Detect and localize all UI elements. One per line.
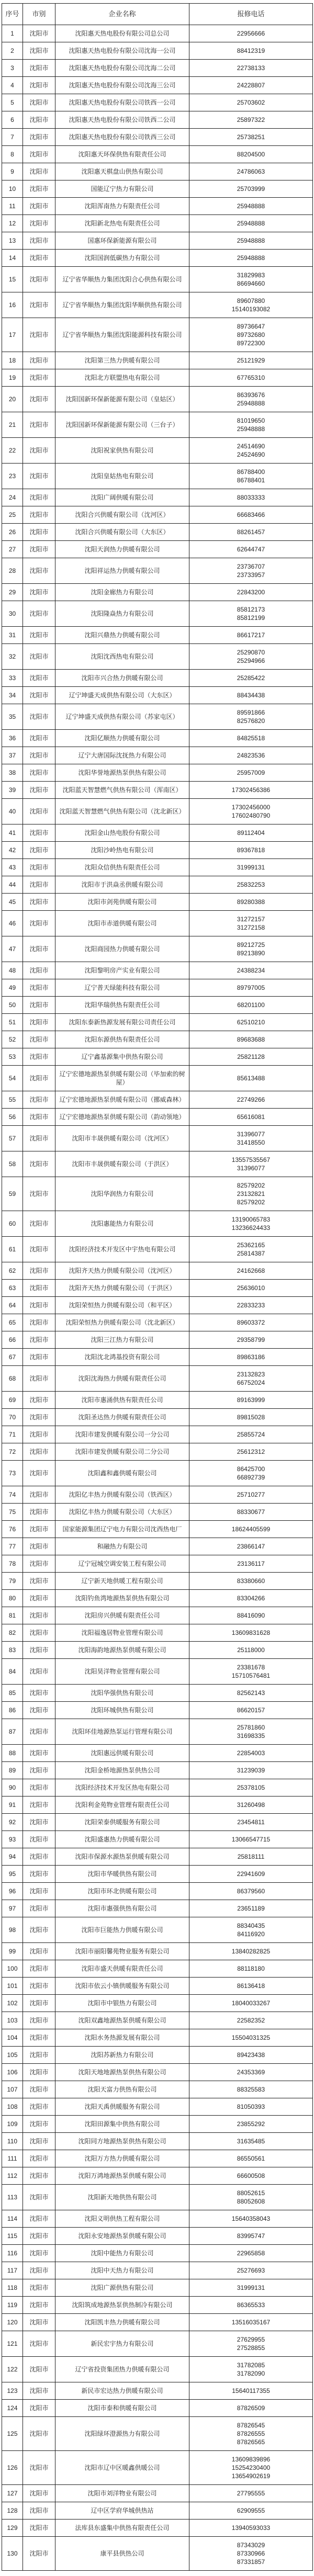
phone-number: 88340435 bbox=[192, 1922, 310, 1930]
company-name-cell: 沈阳新天地供热有限公司 bbox=[55, 2185, 189, 2210]
table-row: 21沈阳市沈阳国新环保新能源有限公司（三台子）8101965025948888 bbox=[2, 412, 313, 438]
phone-number: 25636010 bbox=[192, 1284, 310, 1292]
table-row: 126沈阳市沈阳市辽中区暖鑫供暖公司1360983989615254230400… bbox=[2, 2451, 313, 2485]
company-name-cell: 沈阳环佳地源热泵运行管理有限公司 bbox=[55, 1719, 189, 1745]
company-name-cell: 沈阳市赤道供暖有限公司 bbox=[55, 911, 189, 936]
phone-number: 88416090 bbox=[192, 1611, 310, 1620]
city-cell: 沈阳市 bbox=[23, 77, 55, 94]
table-row: 92沈阳市沈阳荣泰供暖服务有限公司23454811 bbox=[2, 1814, 313, 1831]
table-row: 52沈阳市沈阳东源供热有限责任公司89683688 bbox=[2, 1031, 313, 1048]
company-name-cell: 沈阳亿顺热力供暖有限公司 bbox=[55, 730, 189, 747]
table-row: 41沈阳市沈阳金山热电股份有限公司89112404 bbox=[2, 824, 313, 842]
city-cell: 沈阳市 bbox=[23, 687, 55, 704]
phone-cell: 25948888 bbox=[189, 250, 313, 267]
company-name-cell: 沈阳福逸居物业管理有限公司 bbox=[55, 1624, 189, 1642]
company-name-cell: 沈阳经济技术开发区热电有限公司 bbox=[55, 1779, 189, 1797]
table-row: 82沈阳市沈阳福逸居物业管理有限公司13609831628 bbox=[2, 1624, 313, 1642]
city-cell: 沈阳市 bbox=[23, 1797, 55, 1814]
table-row: 116沈阳市沈阳中能热力有限公司22965858 bbox=[2, 2245, 313, 2262]
row-number-cell: 8 bbox=[2, 146, 23, 163]
company-name-cell: 沈阳中能热力有限公司 bbox=[55, 2245, 189, 2262]
city-cell: 沈阳市 bbox=[23, 180, 55, 198]
company-name-cell: 沈阳华誉地源热泵供热有限公司 bbox=[55, 764, 189, 782]
table-row: 33沈阳市沈阳市兴合热力供暖有限公司25285422 bbox=[2, 670, 313, 687]
table-row: 11沈阳市沈阳浑南热力有限责任公司25948888 bbox=[2, 198, 313, 215]
row-number-cell: 10 bbox=[2, 180, 23, 198]
phone-number: 23132823 bbox=[192, 1370, 310, 1379]
table-row: 61沈阳市沈阳经济技术开发区中宇热电有限公司2536216525814387 bbox=[2, 1237, 313, 1262]
table-row: 13沈阳市国惠环保新能源有限公司25948888 bbox=[2, 232, 313, 250]
phone-cell: 22956666 bbox=[189, 25, 313, 42]
city-cell: 沈阳市 bbox=[23, 2537, 55, 2571]
city-cell: 沈阳市 bbox=[23, 1848, 55, 1866]
city-cell: 沈阳市 bbox=[23, 42, 55, 60]
phone-number: 25818111 bbox=[192, 1852, 310, 1861]
city-cell: 沈阳市 bbox=[23, 163, 55, 180]
company-name-cell: 沈阳房兴供暖有限责任公司 bbox=[55, 1607, 189, 1624]
company-name-cell: 辽宁坤盛天成供热有限公司（大东区） bbox=[55, 687, 189, 704]
row-number-cell: 29 bbox=[2, 584, 23, 601]
row-number-cell: 38 bbox=[2, 764, 23, 782]
table-row: 4沈阳市沈阳惠天热电股份有限公司沈海三公司24228807 bbox=[2, 77, 313, 94]
table-row: 50沈阳市沈阳华瑞供热有限责任公司68201100 bbox=[2, 997, 313, 1014]
phone-number: 31782090 bbox=[192, 2369, 310, 2378]
phone-number: 88052608 bbox=[192, 2197, 310, 2206]
phone-number: 25118000 bbox=[192, 1646, 310, 1654]
phone-cell: 1355753556731396077 bbox=[189, 1151, 313, 1177]
phone-cell: 825792022313282182579202 bbox=[189, 1177, 313, 1211]
row-number-cell: 39 bbox=[2, 782, 23, 799]
table-row: 102沈阳市沈阳市中银热力有限公司18040033267 bbox=[2, 1995, 313, 2012]
phone-number: 25378105 bbox=[192, 1783, 310, 1792]
table-row: 127沈阳市沈阳市刘洋物业有限公司27795555 bbox=[2, 2485, 313, 2502]
table-row: 59沈阳市沈阳华润热力有限公司825792022313282182579202 bbox=[2, 1177, 313, 1211]
phone-number: 22843200 bbox=[192, 588, 310, 596]
company-name-cell: 沈阳市丰晟供暖有限公司（沈河区） bbox=[55, 1126, 189, 1151]
row-number-cell: 16 bbox=[2, 292, 23, 318]
city-cell: 沈阳市 bbox=[23, 2485, 55, 2502]
city-cell: 沈阳市 bbox=[23, 2417, 55, 2451]
city-cell: 沈阳市 bbox=[23, 1779, 55, 1797]
city-cell: 沈阳市 bbox=[23, 2012, 55, 2029]
row-number-cell: 97 bbox=[2, 1900, 23, 1917]
table-row: 97沈阳市沈阳市惠强供热有限公司23651189 bbox=[2, 1900, 313, 1917]
row-number-cell: 89 bbox=[2, 1762, 23, 1779]
phone-cell: 24786063 bbox=[189, 163, 313, 180]
table-row: 56沈阳市辽宁宏德地源热泵供暖有限公司（韵动领地）65616081 bbox=[2, 1109, 313, 1126]
phone-number: 62644747 bbox=[192, 545, 310, 553]
company-name-cell: 沈阳黎明房产实业有限公司 bbox=[55, 962, 189, 979]
city-cell: 沈阳市 bbox=[23, 1031, 55, 1048]
city-cell: 沈阳市 bbox=[23, 1297, 55, 1314]
row-number-cell: 71 bbox=[2, 1426, 23, 1443]
phone-cell: 27795555 bbox=[189, 2485, 313, 2502]
table-row: 80沈阳市沈阳钓鱼湾地源热泵供热有限公司83304266 bbox=[2, 1590, 313, 1607]
phone-cell: 62644747 bbox=[189, 541, 313, 558]
phone-number: 18624405599 bbox=[192, 1525, 310, 1533]
phone-number: 85812173 bbox=[192, 605, 310, 614]
phone-number: 13557535567 bbox=[192, 1156, 310, 1164]
table-row: 10沈阳市国能辽宁热力有限公司25703999 bbox=[2, 180, 313, 198]
phone-cell: 22965858 bbox=[189, 2245, 313, 2262]
table-row: 65沈阳市沈阳荣恒热力供暖有限公司（沈北新区）89603372 bbox=[2, 1314, 313, 1331]
table-row: 17沈阳市辽宁省华顺热力集团沈阳能源科技有限公司8973664789732680… bbox=[2, 318, 313, 352]
phone-cell: 89367818 bbox=[189, 842, 313, 859]
city-cell: 沈阳市 bbox=[23, 2331, 55, 2357]
company-name-cell: 沈阳天润热力供暖有限公司 bbox=[55, 541, 189, 558]
table-row: 128沈阳市辽中区学府华城供热站62909555 bbox=[2, 2502, 313, 2519]
phone-cell: 22854003 bbox=[189, 1745, 313, 1762]
phone-number: 89732680 bbox=[192, 331, 310, 339]
company-name-cell: 沈阳市丰晟供暖有限公司（于洪区） bbox=[55, 1151, 189, 1177]
city-cell: 沈阳市 bbox=[23, 1066, 55, 1091]
phone-cell: 89280388 bbox=[189, 894, 313, 911]
table-row: 27沈阳市沈阳天润热力供暖有限公司62644747 bbox=[2, 541, 313, 558]
city-cell: 沈阳市 bbox=[23, 1995, 55, 2012]
row-number-cell: 37 bbox=[2, 747, 23, 764]
phone-number: 89212725 bbox=[192, 941, 310, 949]
phone-cell: 3127215731272158 bbox=[189, 911, 313, 936]
company-name-cell: 沈阳第三热力供暖有限公司 bbox=[55, 352, 189, 369]
table-row: 48沈阳市沈阳黎明房产实业有限公司24388234 bbox=[2, 962, 313, 979]
row-number-cell: 100 bbox=[2, 1960, 23, 1978]
phone-number: 87826545 bbox=[192, 2421, 310, 2430]
company-name-cell: 沈阳利金苑物业管理有限责任公司 bbox=[55, 1797, 189, 1814]
row-number-cell: 27 bbox=[2, 541, 23, 558]
row-number-cell: 105 bbox=[2, 2047, 23, 2064]
company-name-cell: 沈阳市惠强供热有限公司 bbox=[55, 1900, 189, 1917]
phone-number: 25948888 bbox=[192, 202, 310, 210]
phone-cell: 31999131 bbox=[189, 859, 313, 876]
row-number-cell: 82 bbox=[2, 1624, 23, 1642]
phone-number: 87343029 bbox=[192, 2541, 310, 2549]
row-number-cell: 23 bbox=[2, 464, 23, 489]
phone-cell: 8805261588052608 bbox=[189, 2185, 313, 2210]
company-name-cell: 沈阳齐天热力供暖有限公司（沈河区） bbox=[55, 1262, 189, 1280]
phone-cell: 25710277 bbox=[189, 1486, 313, 1504]
city-cell: 沈阳市 bbox=[23, 876, 55, 894]
row-number-cell: 73 bbox=[2, 1461, 23, 1486]
phone-number: 13190065783 bbox=[192, 1215, 310, 1224]
company-name-cell: 辽宁宏德地源热泵供暖有限公司（韵动领地） bbox=[55, 1109, 189, 1126]
table-row: 75沈阳市沈阳亿丰热力供暖有限公司（大东区）88330677 bbox=[2, 1504, 313, 1521]
phone-cell: 25948888 bbox=[189, 232, 313, 250]
city-cell: 沈阳市 bbox=[23, 2382, 55, 2400]
phone-cell: 8678840086788401 bbox=[189, 464, 313, 489]
table-row: 130沈阳市康平县供热公司873430298733096687331857 bbox=[2, 2537, 313, 2571]
company-name-cell: 沈阳新北热电有限责任公司 bbox=[55, 215, 189, 232]
table-row: 69沈阳市沈阳市惠涌供热有限责任公司89163999 bbox=[2, 1392, 313, 1409]
phone-cell: 22833233 bbox=[189, 1297, 313, 1314]
city-cell: 沈阳市 bbox=[23, 601, 55, 627]
phone-number: 66752024 bbox=[192, 1379, 310, 1387]
city-cell: 沈阳市 bbox=[23, 704, 55, 730]
table-body: 1沈阳市沈阳惠天热电股份有限公司总公司229566662沈阳市沈阳惠天热电股份有… bbox=[2, 25, 313, 2571]
company-name-cell: 沈阳市建发供暖有限公司一分公司 bbox=[55, 1426, 189, 1443]
table-row: 112沈阳市沈阳万鸿地源热泵供暖有限公司66600508 bbox=[2, 2167, 313, 2185]
company-name-cell: 沈阳惠天热电股份有限公司总公司 bbox=[55, 25, 189, 42]
row-number-cell: 30 bbox=[2, 601, 23, 627]
row-number-cell: 104 bbox=[2, 2029, 23, 2047]
phone-cell: 25948888 bbox=[189, 215, 313, 232]
company-name-cell: 沈阳荣恒热力供暖有限公司（和平区） bbox=[55, 1297, 189, 1314]
phone-cell: 2762995527528855 bbox=[189, 2331, 313, 2357]
phone-cell: 88204500 bbox=[189, 146, 313, 163]
phone-number: 24524690 bbox=[192, 450, 310, 459]
phone-cell: 67765310 bbox=[189, 369, 313, 387]
phone-number: 15254230400 bbox=[192, 2464, 310, 2472]
table-row: 19沈阳市沈阳北方联盟热电有限公司67765310 bbox=[2, 369, 313, 387]
phone-number: 86379560 bbox=[192, 1887, 310, 1895]
company-name-cell: 沈阳惠天热电股份有限公司沈海三公司 bbox=[55, 77, 189, 94]
table-row: 105沈阳市沈阳苏新热力有限公司89423438 bbox=[2, 2047, 313, 2064]
phone-number: 81019650 bbox=[192, 416, 310, 425]
row-number-cell: 47 bbox=[2, 936, 23, 962]
phone-cell: 88412319 bbox=[189, 42, 313, 60]
phone-number: 31698335 bbox=[192, 1732, 310, 1740]
row-number-cell: 1 bbox=[2, 25, 23, 42]
row-number-cell: 88 bbox=[2, 1745, 23, 1762]
phone-cell: 86365533 bbox=[189, 2297, 313, 2314]
row-number-cell: 18 bbox=[2, 352, 23, 369]
table-row: 87沈阳市沈阳环佳地源热泵运行管理有限公司2578186031698335 bbox=[2, 1719, 313, 1745]
phone-cell: 31239039 bbox=[189, 1762, 313, 1779]
table-row: 77沈阳市和融热力有限公司23866147 bbox=[2, 1538, 313, 1555]
row-number-cell: 83 bbox=[2, 1642, 23, 1659]
company-name-cell: 辽宁坤盛天成供热有限公司（苏家屯区） bbox=[55, 704, 189, 730]
city-cell: 沈阳市 bbox=[23, 2150, 55, 2167]
company-name-cell: 沈阳市剑苑供暖有限公司 bbox=[55, 894, 189, 911]
table-row: 49沈阳市辽宁普天绿能科技有限公司89797005 bbox=[2, 979, 313, 997]
row-number-cell: 72 bbox=[2, 1443, 23, 1461]
row-number-cell: 46 bbox=[2, 911, 23, 936]
phone-cell: 83380660 bbox=[189, 1573, 313, 1590]
phone-cell: 3182998386694660 bbox=[189, 267, 313, 292]
row-number-cell: 93 bbox=[2, 1831, 23, 1848]
city-cell: 沈阳市 bbox=[23, 146, 55, 163]
phone-number: 86694660 bbox=[192, 279, 310, 288]
table-row: 125沈阳市沈阳绿环澄源热力有限公司8782654587826555878265… bbox=[2, 2417, 313, 2451]
company-name-cell: 辽中区学府华城供热站 bbox=[55, 2502, 189, 2519]
phone-number: 86550561 bbox=[192, 2154, 310, 2163]
phone-number: 23733957 bbox=[192, 571, 310, 579]
table-header: 序号 市别 企业名称 报修电话 bbox=[2, 4, 313, 25]
row-number-cell: 123 bbox=[2, 2382, 23, 2400]
table-row: 62沈阳市沈阳齐天热力供暖有限公司（沈河区）24162668 bbox=[2, 1262, 313, 1280]
company-name-cell: 沈阳蓝天智慧燃气供热有限公司（沈北新区） bbox=[55, 799, 189, 824]
table-row: 30沈阳市沈阳隆焱热力有限公司8581217385812199 bbox=[2, 601, 313, 627]
company-name-cell: 辽宁省华顺热力集团沈阳华顺供热有限公司 bbox=[55, 292, 189, 318]
company-name-cell: 沈阳沈北鸿基投资有限公司 bbox=[55, 1349, 189, 1366]
city-cell: 沈阳市 bbox=[23, 2262, 55, 2279]
city-cell: 沈阳市 bbox=[23, 1659, 55, 1685]
company-name-cell: 沈阳北方联盟热电有限公司 bbox=[55, 369, 189, 387]
company-name-cell: 沈阳惠天环保供热有限责任公司 bbox=[55, 146, 189, 163]
company-name-cell: 沈阳市泰和供暖有限公司 bbox=[55, 2400, 189, 2417]
row-number-cell: 54 bbox=[2, 1066, 23, 1091]
company-name-cell: 沈阳中天热力有限公司 bbox=[55, 2262, 189, 2279]
company-name-cell: 沈阳万方热力供暖有限公司 bbox=[55, 2150, 189, 2167]
phone-cell: 31999131 bbox=[189, 2279, 313, 2297]
city-cell: 沈阳市 bbox=[23, 2133, 55, 2150]
phone-number: 66892739 bbox=[192, 1473, 310, 1482]
row-number-cell: 63 bbox=[2, 1280, 23, 1297]
phone-number: 87331857 bbox=[192, 2558, 310, 2566]
table-row: 35沈阳市辽宁坤盛天成供热有限公司（苏家屯区）8959186682576820 bbox=[2, 704, 313, 730]
company-name-cell: 沈阳国新环保新能源有限公司（皇姑区） bbox=[55, 387, 189, 412]
phone-number: 87826565 bbox=[192, 2438, 310, 2446]
city-cell: 沈阳市 bbox=[23, 1900, 55, 1917]
city-cell: 沈阳市 bbox=[23, 1211, 55, 1237]
city-cell: 沈阳市 bbox=[23, 1109, 55, 1126]
row-number-cell: 79 bbox=[2, 1573, 23, 1590]
phone-number: 31272157 bbox=[192, 915, 310, 923]
city-cell: 沈阳市 bbox=[23, 1126, 55, 1151]
city-cell: 沈阳市 bbox=[23, 842, 55, 859]
row-number-cell: 80 bbox=[2, 1590, 23, 1607]
table-row: 70沈阳市沈阳圣达热力供暖有限责任公司89815028 bbox=[2, 1409, 313, 1426]
table-row: 90沈阳市沈阳经济技术开发区热电有限公司25378105 bbox=[2, 1779, 313, 1797]
phone-number: 62909555 bbox=[192, 2506, 310, 2515]
phone-number: 25957009 bbox=[192, 769, 310, 777]
city-cell: 沈阳市 bbox=[23, 894, 55, 911]
company-name-cell: 沈阳惠天棋盘山供热有限公司 bbox=[55, 163, 189, 180]
phone-cell: 89797005 bbox=[189, 979, 313, 997]
city-cell: 沈阳市 bbox=[23, 1702, 55, 1719]
row-number-cell: 31 bbox=[2, 627, 23, 644]
table-row: 60沈阳市沈阳惠能热力有限公司1319006578313236624433 bbox=[2, 1211, 313, 1237]
city-cell: 沈阳市 bbox=[23, 94, 55, 111]
row-number-cell: 2 bbox=[2, 42, 23, 60]
phone-cell: 25818111 bbox=[189, 1848, 313, 1866]
phone-number: 25703602 bbox=[192, 98, 310, 107]
table-row: 58沈阳市沈阳市丰晟供暖有限公司（于洪区）1355753556731396077 bbox=[2, 1151, 313, 1177]
city-cell: 沈阳市 bbox=[23, 799, 55, 824]
row-number-cell: 122 bbox=[2, 2357, 23, 2382]
phone-number: 25821128 bbox=[192, 1053, 310, 1061]
phone-number: 22833233 bbox=[192, 1301, 310, 1309]
row-number-cell: 13 bbox=[2, 232, 23, 250]
city-cell: 沈阳市 bbox=[23, 1831, 55, 1848]
table-row: 64沈阳市沈阳荣恒热力供暖有限公司（和平区）22833233 bbox=[2, 1297, 313, 1314]
phone-number: 25948888 bbox=[192, 425, 310, 433]
row-number-cell: 28 bbox=[2, 558, 23, 584]
phone-cell: 25612312 bbox=[189, 1443, 313, 1461]
phone-cell: 86617217 bbox=[189, 627, 313, 644]
phone-cell: 89423438 bbox=[189, 2047, 313, 2064]
company-name-cell: 康平县供热公司 bbox=[55, 2537, 189, 2571]
phone-number: 84825518 bbox=[192, 734, 310, 742]
table-row: 79沈阳市辽宁新天地供暖工程有限公司83380660 bbox=[2, 1573, 313, 1590]
phone-cell: 22582352 bbox=[189, 2012, 313, 2029]
company-name-cell: 沈阳市中银热力有限公司 bbox=[55, 1995, 189, 2012]
city-cell: 沈阳市 bbox=[23, 1883, 55, 1900]
row-number-cell: 81 bbox=[2, 1607, 23, 1624]
phone-number: 27629955 bbox=[192, 2335, 310, 2344]
table-row: 86沈阳市沈阳环城供热有限公司86620157 bbox=[2, 1702, 313, 1719]
phone-number: 25781860 bbox=[192, 1723, 310, 1732]
row-number-cell: 26 bbox=[2, 524, 23, 541]
city-cell: 沈阳市 bbox=[23, 644, 55, 670]
phone-number: 86365533 bbox=[192, 2301, 310, 2309]
city-cell: 沈阳市 bbox=[23, 584, 55, 601]
phone-number: 31782085 bbox=[192, 2361, 310, 2369]
city-cell: 沈阳市 bbox=[23, 1978, 55, 1995]
city-cell: 沈阳市 bbox=[23, 859, 55, 876]
phone-cell: 62510210 bbox=[189, 1014, 313, 1031]
city-cell: 沈阳市 bbox=[23, 369, 55, 387]
city-cell: 沈阳市 bbox=[23, 1151, 55, 1177]
table-row: 109沈阳市沈阳田源集中供热有限公司23855292 bbox=[2, 2116, 313, 2133]
phone-cell: 23855292 bbox=[189, 2116, 313, 2133]
city-cell: 沈阳市 bbox=[23, 215, 55, 232]
phone-number: 25285422 bbox=[192, 674, 310, 682]
city-cell: 沈阳市 bbox=[23, 2029, 55, 2047]
table-row: 104沈阳市沈阳水务热源发展有限公司15504031325 bbox=[2, 2029, 313, 2047]
phone-number: 25948888 bbox=[192, 219, 310, 228]
company-name-cell: 沈阳双鑫地源热泵供暖有限公司 bbox=[55, 2012, 189, 2029]
phone-number: 13609831628 bbox=[192, 1629, 310, 1637]
row-number-cell: 45 bbox=[2, 894, 23, 911]
row-number-cell: 124 bbox=[2, 2400, 23, 2417]
city-cell: 沈阳市 bbox=[23, 25, 55, 42]
row-number-cell: 44 bbox=[2, 876, 23, 894]
row-number-cell: 25 bbox=[2, 506, 23, 524]
phone-number: 25710277 bbox=[192, 1490, 310, 1499]
city-cell: 沈阳市 bbox=[23, 129, 55, 146]
row-number-cell: 57 bbox=[2, 1126, 23, 1151]
row-number-cell: 116 bbox=[2, 2245, 23, 2262]
table-row: 107沈阳市沈阳天富力供热有限公司88325583 bbox=[2, 2081, 313, 2098]
phone-cell: 8959186682576820 bbox=[189, 704, 313, 730]
city-cell: 沈阳市 bbox=[23, 1624, 55, 1642]
table-row: 36沈阳市沈阳亿顺热力供暖有限公司84825518 bbox=[2, 730, 313, 747]
phone-number: 24353369 bbox=[192, 2068, 310, 2076]
phone-number: 15640117355 bbox=[192, 2387, 310, 2395]
city-cell: 沈阳市 bbox=[23, 1048, 55, 1066]
row-number-cell: 19 bbox=[2, 369, 23, 387]
phone-number: 13654902619 bbox=[192, 2472, 310, 2480]
city-cell: 沈阳市 bbox=[23, 2400, 55, 2417]
city-cell: 沈阳市 bbox=[23, 1461, 55, 1486]
row-number-cell: 65 bbox=[2, 1314, 23, 1331]
phone-cell: 29358799 bbox=[189, 1331, 313, 1349]
table-row: 2沈阳市沈阳惠天热电股份有限公司沈海一公司88412319 bbox=[2, 42, 313, 60]
row-number-cell: 125 bbox=[2, 2417, 23, 2451]
table-row: 43沈阳市沈阳众信供热有限责任公司31999131 bbox=[2, 859, 313, 876]
phone-number: 25832253 bbox=[192, 880, 310, 889]
city-cell: 沈阳市 bbox=[23, 1280, 55, 1297]
city-cell: 沈阳市 bbox=[23, 1814, 55, 1831]
phone-cell: 88118180 bbox=[189, 1960, 313, 1978]
city-cell: 沈阳市 bbox=[23, 936, 55, 962]
company-name-cell: 沈阳义明供热工程有限公司 bbox=[55, 2210, 189, 2228]
phone-number: 86617217 bbox=[192, 631, 310, 639]
row-number-cell: 94 bbox=[2, 1848, 23, 1866]
company-name-cell: 沈阳钓鱼湾地源热泵供热有限公司 bbox=[55, 1590, 189, 1607]
phone-cell: 85613488 bbox=[189, 1066, 313, 1091]
company-name-cell: 沈阳市丽阳馨苑物业服务有限公司 bbox=[55, 1943, 189, 1960]
row-number-cell: 128 bbox=[2, 2502, 23, 2519]
company-name-cell: 辽宁省华顺热力集团沈阳能源科技有限公司 bbox=[55, 318, 189, 352]
table-row: 51沈阳市沈阳东泰新热源发展有限公司责任公司62510210 bbox=[2, 1014, 313, 1031]
phone-number: 23651189 bbox=[192, 1904, 310, 1913]
phone-cell: 89603372 bbox=[189, 1314, 313, 1331]
phone-cell: 25636010 bbox=[189, 1280, 313, 1297]
phone-number: 83380660 bbox=[192, 1577, 310, 1585]
phone-cell: 24823536 bbox=[189, 747, 313, 764]
company-name-cell: 沈阳惠天热电股份有限公司铁西一公司 bbox=[55, 94, 189, 111]
